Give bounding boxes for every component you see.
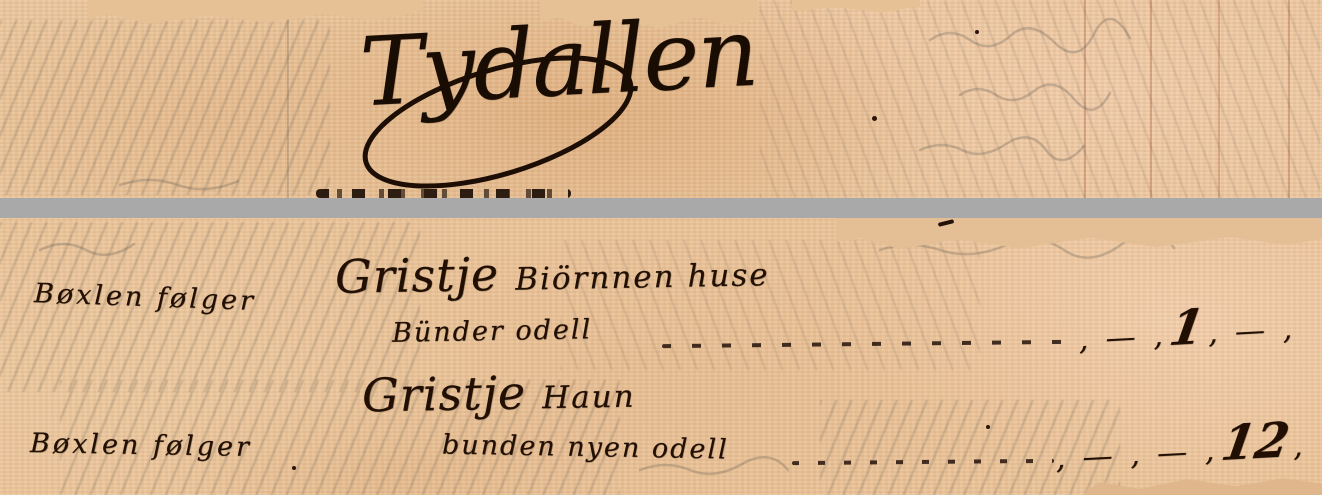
entry-2-farm-name: Gristje Haun [362, 364, 636, 423]
entry-1-amount-post: , — , [1207, 311, 1297, 351]
entry-2-amount-post: , [1292, 428, 1307, 464]
manuscript-scan: Tydallen Bøxlen følger Gristje Biörnnen … [0, 0, 1322, 495]
entry-1-amount: , — , 1 , — , [1077, 294, 1297, 361]
entry-1-farm-name-main: Gristje [335, 247, 500, 304]
entry-1-farm-name-rest: Biörnnen huse [515, 257, 770, 297]
ink-speck [986, 425, 990, 429]
entry-1-tenure-note: Bünder odell [392, 314, 593, 348]
entry-2-amount-pre: , — , — , [1055, 433, 1219, 476]
ink-speck [872, 116, 877, 121]
cutoff-text-tops [316, 189, 571, 198]
entry-2-farm-name-main: Gristje [362, 366, 527, 423]
entry-2-tenure-note: bunden nyen odell [442, 430, 729, 466]
entry-1-farm-name: Gristje Biörnnen huse [335, 242, 770, 304]
entry-2-farm-name-rest: Haun [542, 379, 636, 417]
ink-speck [975, 30, 979, 34]
scan-divider-bar [0, 198, 1322, 218]
entry-1-amount-pre: , — , [1078, 318, 1168, 358]
entry-1-amount-number: 1 [1166, 299, 1208, 357]
entry-2-amount-number: 12 [1217, 412, 1293, 472]
ink-speck [292, 466, 296, 470]
page-title: Tydallen [357, 0, 759, 128]
page-title-block: Tydallen [318, 0, 838, 196]
entry-2-lease-label: Bøxlen følger [30, 428, 252, 463]
